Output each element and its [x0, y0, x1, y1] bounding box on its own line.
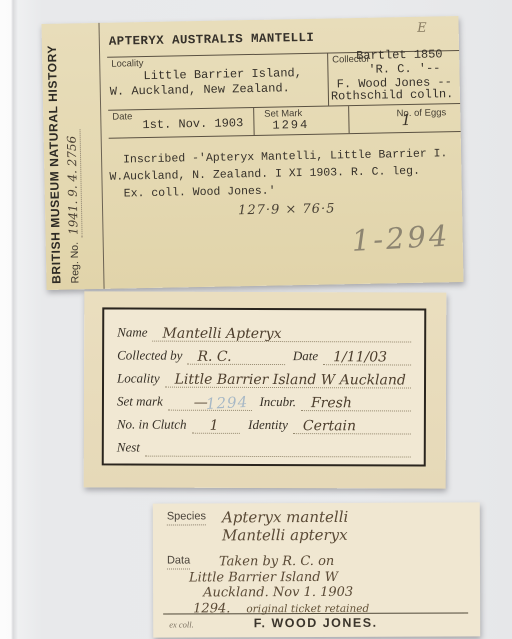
- date-setmark-eggs-row: Date 1st. Nov. 1903 Set Mark 1294 No. of…: [108, 104, 460, 139]
- locality-collector-row: Locality Little Barrier Island, W. Auckl…: [107, 51, 460, 111]
- card-footer: ex coll. F. WOOD JONES.: [163, 612, 468, 632]
- collected-date-row: Collected by R. C. Date 1/11/03: [117, 341, 411, 365]
- clutch-identity-row: No. in Clutch 1 Identity Certain: [117, 410, 411, 434]
- museum-side-strip-text: BRITISH MUSEUM NATURAL HISTORY Reg. No. …: [41, 23, 103, 290]
- set-mark-cell: Set Mark 1294: [254, 106, 350, 135]
- incubation-label: Incubr.: [259, 394, 296, 411]
- locality-line2: W. Auckland, New Zealand.: [110, 81, 328, 99]
- collected-by-label: Collected by: [117, 347, 182, 364]
- registration-card: E BRITISH MUSEUM NATURAL HISTORY Reg. No…: [41, 16, 463, 290]
- set-mark-value: 1294: [272, 117, 348, 132]
- collector-label: Collector: [332, 54, 370, 66]
- date-field: 1/11/03: [323, 345, 411, 365]
- species-row: Species Apteryx mantelli Mantelli aptery…: [153, 502, 480, 544]
- identity-value: Certain: [303, 418, 356, 434]
- name-value: Mantelli Apteryx: [163, 326, 282, 342]
- clutch-value: 1: [210, 418, 219, 434]
- collection-signature: F. WOOD JONES.: [163, 615, 468, 630]
- nest-field: [145, 437, 411, 458]
- locality-label: Locality: [111, 58, 143, 70]
- incubation-field: Fresh: [301, 391, 411, 411]
- registration-number-line: Reg. No. 1941. 9. 4. 2756: [63, 29, 84, 283]
- collector-rothschild: Rothschild colln.: [331, 88, 460, 102]
- set-mark-field: — 1294: [168, 391, 252, 411]
- egg-measurement: 127·9 × 76·5: [238, 199, 462, 218]
- locality-cell: Locality Little Barrier Island, W. Auckl…: [107, 54, 329, 110]
- museum-side-strip: BRITISH MUSEUM NATURAL HISTORY Reg. No. …: [41, 23, 104, 290]
- collector-form-card: Name Mantelli Apteryx Collected by R. C.…: [84, 291, 447, 488]
- data-line1: Taken by R. C. on: [219, 553, 480, 569]
- identity-label: Identity: [248, 417, 288, 434]
- date-value: 1/11/03: [333, 349, 387, 365]
- wood-jones-card: Species Apteryx mantelli Mantelli aptery…: [153, 502, 480, 637]
- date-label: Date: [293, 348, 318, 365]
- museum-name: BRITISH MUSEUM NATURAL HISTORY: [45, 30, 64, 284]
- nest-label: Nest: [117, 439, 140, 456]
- scanned-specimen-labels: E BRITISH MUSEUM NATURAL HISTORY Reg. No…: [0, 0, 512, 639]
- eggs-cell: No. of Eggs 1: [349, 104, 460, 133]
- species-line1: Apteryx mantelli: [222, 508, 348, 526]
- data-line2: Little Barrier Island W: [189, 569, 480, 586]
- collected-by-value: R. C.: [197, 349, 231, 365]
- set-mark-label: Set mark: [117, 393, 163, 410]
- locality-field: Little Barrier Island W Auckland: [165, 368, 411, 389]
- identity-field: Certain: [293, 414, 411, 434]
- date-label: Date: [112, 111, 132, 122]
- species-line2: Mantelli apteryx: [222, 526, 348, 544]
- data-line3: Auckland. Nov 1. 1903: [203, 584, 480, 600]
- date-value: 1st. Nov. 1903: [142, 116, 253, 132]
- data-block: Data Taken by R. C. on Little Barrier Is…: [153, 553, 480, 616]
- name-field: Mantelli Apteryx: [153, 322, 412, 343]
- clutch-field: 1: [192, 414, 241, 434]
- collected-by-field: R. C.: [187, 345, 284, 365]
- date-cell: Date 1st. Nov. 1903: [108, 108, 254, 138]
- name-label: Name: [117, 324, 147, 341]
- set-mark-label: Set Mark: [264, 108, 302, 120]
- form-frame: Name Mantelli Apteryx Collected by R. C.…: [102, 307, 427, 466]
- eggs-count-handwritten: 1: [401, 111, 411, 129]
- ex-coll-label: ex coll.: [169, 619, 194, 629]
- species-title: APTERYX AUSTRALIS MANTELLI: [109, 28, 459, 49]
- inscription-block: Inscribed -'Apteryx Mantelli, Little Bar…: [109, 145, 462, 203]
- nest-row: Nest: [117, 433, 411, 457]
- reg-no-label: Reg. No.: [69, 242, 82, 284]
- setmark-incub-row: Set mark — 1294 Incubr. Fresh: [117, 387, 411, 411]
- data-label: Data: [167, 554, 190, 569]
- locality-value: Little Barrier Island W Auckland: [175, 372, 406, 389]
- collector-cell: Collector Bartlet 1850 'R. C. '-- F. Woo…: [328, 51, 460, 106]
- species-handwriting: Apteryx mantelli Mantelli apteryx: [222, 508, 348, 544]
- locality-label: Locality: [117, 370, 160, 387]
- clutch-label: No. in Clutch: [117, 416, 187, 433]
- species-label: Species: [167, 510, 206, 525]
- reg-no-value: 1941. 9. 4. 2756: [65, 130, 83, 238]
- locality-row: Locality Little Barrier Island W Aucklan…: [117, 364, 411, 388]
- incubation-value: Fresh: [311, 395, 352, 411]
- label-table: Locality Little Barrier Island, W. Auckl…: [107, 50, 461, 139]
- name-row: Name Mantelli Apteryx: [117, 318, 411, 342]
- pencil-set-number: 1-294: [351, 219, 451, 258]
